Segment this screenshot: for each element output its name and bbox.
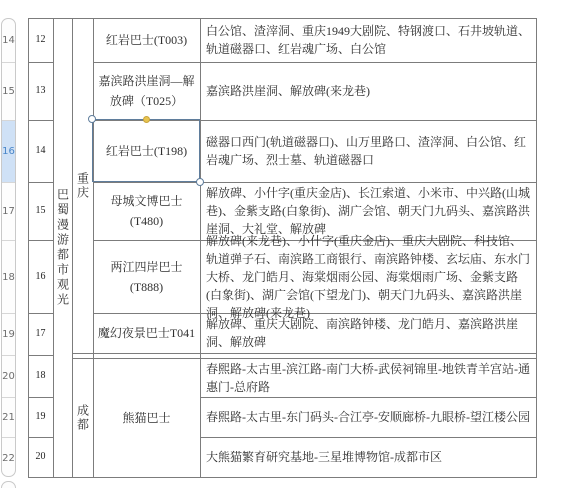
route-cell-chunxi-2[interactable]: 春熙路-太古里-东门码头-合江亭-安顺廊桥-九眼桥-望江楼公园 [200, 397, 537, 437]
selection-handle-bottom-right-icon[interactable] [196, 178, 204, 186]
gutter-row-21[interactable]: 21 [2, 398, 15, 438]
bus-cell-t198-selected[interactable]: 红岩巴士(T198) [93, 120, 200, 182]
bus-cell-panda[interactable]: 熊猫巴士 [93, 358, 200, 477]
gutter-row-22[interactable]: 22 [2, 438, 15, 477]
route-cell-t041[interactable]: 解放碑、重庆大剧院、南滨路钟楼、龙门皓月、嘉滨路洪崖洞、解放碑 [200, 313, 537, 353]
seq-cell-19[interactable]: 19 [28, 397, 53, 437]
seq-cell-18[interactable]: 18 [28, 355, 53, 397]
route-cell-t198[interactable]: 磁器口西门(轨道磁器口)、山万里路口、渣滓洞、白公馆、红岩魂广场、烈士墓、轨道磁… [200, 120, 537, 182]
city-cell-chongqing[interactable]: 重庆 [72, 18, 93, 353]
route-cell-t888[interactable]: 解放碑(来龙巷)、小什字(重庆金店)、重庆大剧院、科技馆、轨道弹子石、南滨路工商… [200, 240, 537, 313]
seq-cell-17[interactable]: 17 [28, 313, 53, 355]
seq-cell-14[interactable]: 14 [28, 120, 53, 182]
group-label-cell[interactable]: 巴蜀漫游都市观光 [53, 18, 72, 477]
route-cell-panda-base[interactable]: 大熊猫繁育研究基地-三星堆博物馆-成都市区 [200, 437, 537, 477]
bus-cell-t480[interactable]: 母城文博巴士(T480) [93, 182, 200, 240]
seq-cell-12[interactable]: 12 [28, 18, 53, 62]
seq-cell-15[interactable]: 15 [28, 182, 53, 240]
seq-cell-20[interactable]: 20 [28, 437, 53, 477]
route-cell-t025[interactable]: 嘉滨路洪崖洞、解放碑(来龙巷) [200, 62, 537, 120]
gutter-row-14[interactable]: 14 [2, 19, 15, 63]
gutter-row-15[interactable]: 15 [2, 63, 15, 121]
bus-cell-t041[interactable]: 魔幻夜景巴士T041 [93, 313, 200, 353]
gutter-row-17[interactable]: 17 [2, 183, 15, 241]
gutter-row-16-selected[interactable]: 16 [2, 121, 15, 183]
seq-cell-13[interactable]: 13 [28, 62, 53, 120]
fill-handle-icon[interactable] [143, 116, 150, 123]
gutter-row-18[interactable]: 18 [2, 241, 15, 314]
gutter-next-row-partial [1, 481, 16, 488]
gutter-row-20[interactable]: 20 [2, 356, 15, 398]
seq-cell-16[interactable]: 16 [28, 240, 53, 313]
grid-line [28, 477, 537, 478]
gutter-row-19[interactable]: 19 [2, 314, 15, 356]
bus-cell-t025[interactable]: 嘉滨路洪崖洞—解放碑（T025） [93, 62, 200, 120]
selection-handle-top-left-icon[interactable] [88, 115, 96, 123]
row-number-gutter: 14 15 16 17 18 19 20 21 22 [1, 18, 16, 477]
bus-cell-t888[interactable]: 两江四岸巴士(T888) [93, 240, 200, 313]
route-cell-t003[interactable]: 白公馆、渣滓洞、重庆1949大剧院、特钢渡口、石井坡轨道、轨道磁器口、红岩魂广场… [200, 18, 537, 62]
route-cell-chunxi-1[interactable]: 春熙路-太古里-滨江路-南门大桥-武侯祠锦里-地铁青羊宫站-通惠门-总府路 [200, 358, 537, 397]
grid-line [72, 353, 537, 354]
city-cell-chengdu[interactable]: 成都 [72, 358, 93, 477]
bus-cell-t003[interactable]: 红岩巴士(T003) [93, 18, 200, 62]
